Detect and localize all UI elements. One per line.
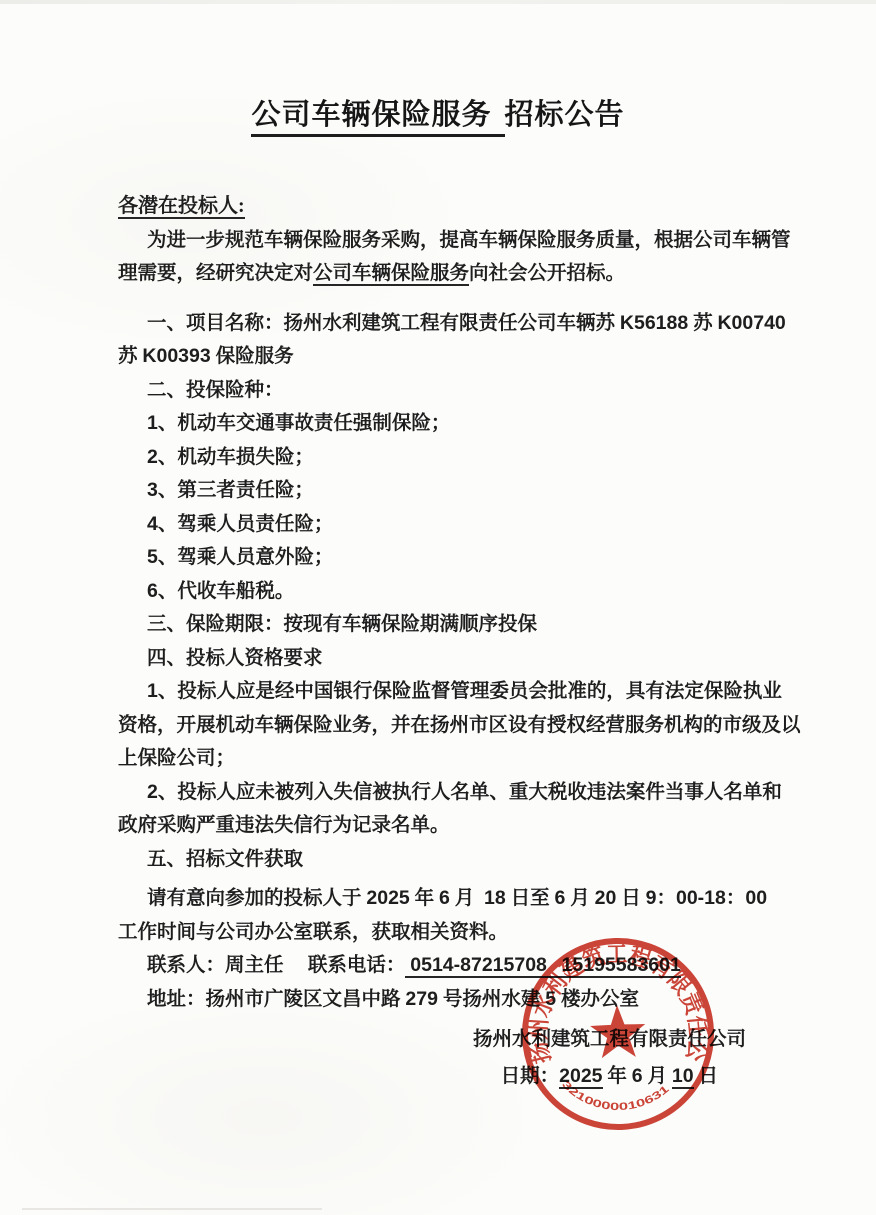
seal-star-icon — [589, 1004, 646, 1058]
document-line: 为进一步规范车辆保险服务采购，提高车辆保险服务质量，根据公司车辆管 — [118, 224, 766, 258]
document-line: 资格，开展机动车辆保险业务，并在扬州市区设有授权经营服务机构的市级及以 — [118, 709, 766, 743]
document-line: 政府采购严重违法失信行为记录名单。 — [118, 809, 766, 843]
svg-text:扬州水利建筑工程有限责任公司: 扬州水利建筑工程有限责任公司 — [515, 931, 714, 1071]
document-line: 1、投标人应是经中国银行保险监督管理委员会批准的，具有法定保险执业 — [118, 675, 766, 709]
document-line: 3、第三者责任险； — [118, 474, 766, 508]
document-title: 公司车辆保险服务招标公告 — [0, 92, 876, 133]
document-line: 一、项目名称：扬州水利建筑工程有限责任公司车辆苏 K56188 苏 K00740 — [118, 307, 766, 341]
document-line: 二、投保险种： — [118, 374, 766, 408]
document-line: 5、驾乘人员意外险； — [118, 541, 766, 575]
svg-text:3210000010631: 3210000010631 — [559, 1075, 672, 1115]
document-line: 四、投标人资格要求 — [118, 642, 766, 676]
document-line: 1、机动车交通事故责任强制保险； — [118, 407, 766, 441]
title-underlined-text: 公司车辆保险服务 — [251, 99, 504, 137]
document-line: 2、机动车损失险； — [118, 441, 766, 475]
document-line: 理需要，经研究决定对公司车辆保险服务向社会公开招标。 — [118, 257, 766, 291]
title-rest-text: 招标公告 — [505, 99, 625, 131]
page-root: { "document": { "title": { "underlined_p… — [0, 0, 876, 1215]
document-line: 6、代收车船税。 — [118, 575, 766, 609]
seal-ring-text: 扬州水利建筑工程有限责任公司 — [515, 931, 714, 1071]
document-line: 苏 K00393 保险服务 — [118, 340, 766, 374]
document-body: 各潜在投标人:为进一步规范车辆保险服务采购，提高车辆保险服务质量，根据公司车辆管… — [118, 190, 766, 1016]
document-line: 4、驾乘人员责任险； — [118, 508, 766, 542]
document-line: 三、保险期限：按现有车辆保险期满顺序投保 — [118, 608, 766, 642]
seal-code-text: 3210000010631 — [559, 1075, 672, 1115]
document-line: 各潜在投标人: — [118, 190, 766, 224]
company-seal: 扬州水利建筑工程有限责任公司 3210000010631 — [515, 931, 722, 1138]
document-line: 2、投标人应未被列入失信被执行人名单、重大税收违法案件当事人名单和 — [118, 776, 766, 810]
scan-artifact-bottom — [22, 1208, 322, 1210]
document-line: 上保险公司； — [118, 742, 766, 776]
scan-artifact-top — [0, 0, 876, 4]
document-line: 请有意向参加的投标人于 2025 年 6 月 18 日至 6 月 20 日 9：… — [118, 882, 766, 916]
document-line: 五、招标文件获取 — [118, 843, 766, 877]
